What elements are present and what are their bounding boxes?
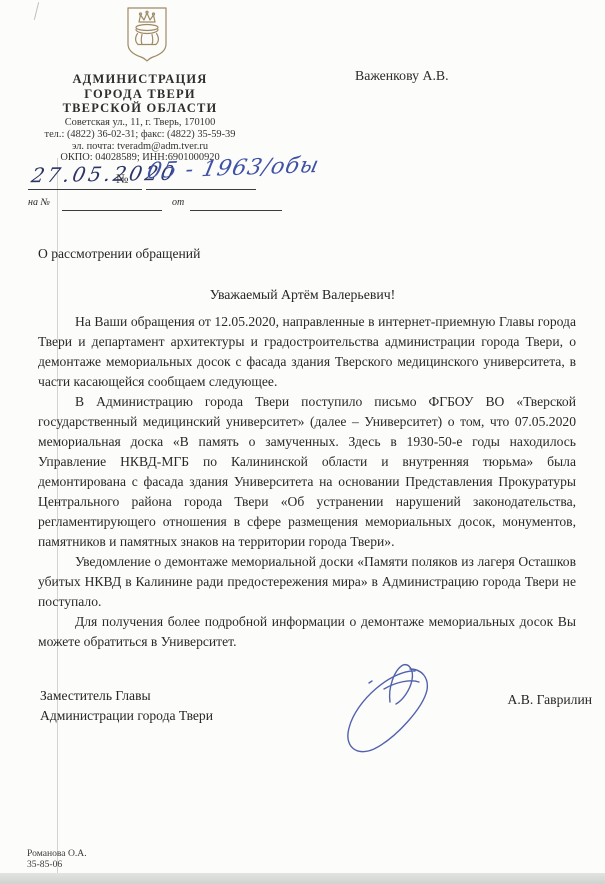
org-phone-fax: тел.: (4822) 36-02-31; факс: (4822) 35-5… xyxy=(5,129,275,141)
body-paragraph: Уведомление о демонтаже мемориальной дос… xyxy=(38,552,576,612)
scan-scratch-mark xyxy=(34,2,39,20)
body-paragraph: Для получения более подробной информации… xyxy=(38,612,576,652)
org-address: Советская ул., 11, г. Тверь, 170100 xyxy=(5,117,275,129)
handwritten-outgoing-number: 05 - 1963/обы xyxy=(145,153,322,184)
org-name-line: АДМИНИСТРАЦИЯ xyxy=(5,72,275,87)
reply-number-underline xyxy=(62,210,162,211)
body-paragraph: В Администрацию города Твери поступило п… xyxy=(38,392,576,552)
tver-coat-of-arms-icon xyxy=(125,6,169,62)
letter-subject: О рассмотрении обращений xyxy=(38,246,200,262)
recipient-name: Важенкову А.В. xyxy=(355,68,449,84)
signer-position-line: Администрации города Твери xyxy=(40,706,213,726)
scanned-letter-page: АДМИНИСТРАЦИЯ ГОРОДА ТВЕРИ ТВЕРСКОЙ ОБЛА… xyxy=(0,0,605,884)
salutation: Уважаемый Артём Валерьевич! xyxy=(0,287,605,303)
signer-position-line: Заместитель Главы xyxy=(40,686,213,706)
org-name-block: АДМИНИСТРАЦИЯ ГОРОДА ТВЕРИ ТВЕРСКОЙ ОБЛА… xyxy=(5,72,275,116)
org-name-line: ГОРОДА ТВЕРИ xyxy=(5,87,275,102)
signer-name: А.В. Гаврилин xyxy=(508,692,592,708)
letter-body: На Ваши обращения от 12.05.2020, направл… xyxy=(38,312,576,652)
reply-from-label: от xyxy=(172,197,184,208)
signer-position-block: Заместитель Главы Администрации города Т… xyxy=(40,686,213,726)
org-name-line: ТВЕРСКОЙ ОБЛАСТИ xyxy=(5,101,275,116)
executor-block: Романова О.А. 35-85-06 xyxy=(27,848,87,870)
executor-phone: 35-85-06 xyxy=(27,859,87,870)
number-underline xyxy=(146,189,256,190)
handwritten-signature xyxy=(338,653,433,766)
body-paragraph: На Ваши обращения от 12.05.2020, направл… xyxy=(38,312,576,392)
reply-date-underline xyxy=(190,210,282,211)
date-underline xyxy=(28,189,142,190)
reply-to-label: на № xyxy=(28,197,50,208)
scan-bottom-edge xyxy=(0,873,605,884)
number-sign: № xyxy=(116,171,128,187)
org-email: эл. почта: tveradm@adm.tver.ru xyxy=(5,141,275,153)
executor-name: Романова О.А. xyxy=(27,848,87,859)
